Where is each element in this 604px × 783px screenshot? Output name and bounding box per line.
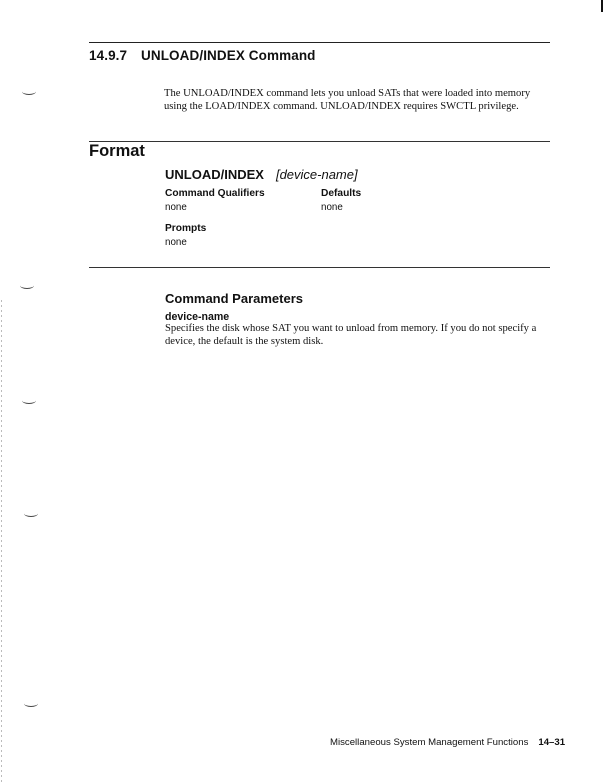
binding-hole-mark: [24, 510, 38, 517]
binding-hole-mark: [24, 700, 38, 707]
section-top-rule: [89, 42, 550, 43]
prompts-header: Prompts: [165, 223, 206, 234]
scan-edge-mark: [601, 0, 603, 12]
format-top-rule: [89, 141, 550, 142]
prompts-value: none: [165, 237, 187, 248]
parameters-heading: Command Parameters: [165, 291, 303, 306]
binding-hole-mark: [22, 397, 36, 404]
qualifiers-value: none: [165, 202, 187, 213]
intro-paragraph: The UNLOAD/INDEX command lets you unload…: [164, 88, 554, 113]
format-bottom-rule: [89, 267, 550, 268]
page-footer: Miscellaneous System Management Function…: [330, 737, 565, 748]
section-number: 14.9.7: [89, 48, 141, 63]
footer-chapter-title: Miscellaneous System Management Function…: [330, 737, 528, 748]
footer-page-number: 14–31: [538, 737, 565, 748]
parameter-name: device-name: [165, 311, 229, 323]
scan-edge-dots: [1, 300, 2, 783]
defaults-header: Defaults: [321, 188, 361, 199]
format-label: Format: [89, 142, 145, 161]
parameter-description: Specifies the disk whose SAT you want to…: [165, 323, 555, 348]
binding-hole-mark: [22, 88, 36, 95]
command-parameter: [device-name]: [276, 167, 358, 182]
binding-hole-mark: [20, 282, 34, 289]
command-syntax: UNLOAD/INDEX[device-name]: [165, 167, 358, 182]
defaults-value: none: [321, 202, 343, 213]
section-heading: 14.9.7UNLOAD/INDEX Command: [89, 48, 316, 63]
qualifiers-header: Command Qualifiers: [165, 188, 265, 199]
command-name: UNLOAD/INDEX: [165, 167, 264, 182]
section-title: UNLOAD/INDEX Command: [141, 48, 316, 63]
